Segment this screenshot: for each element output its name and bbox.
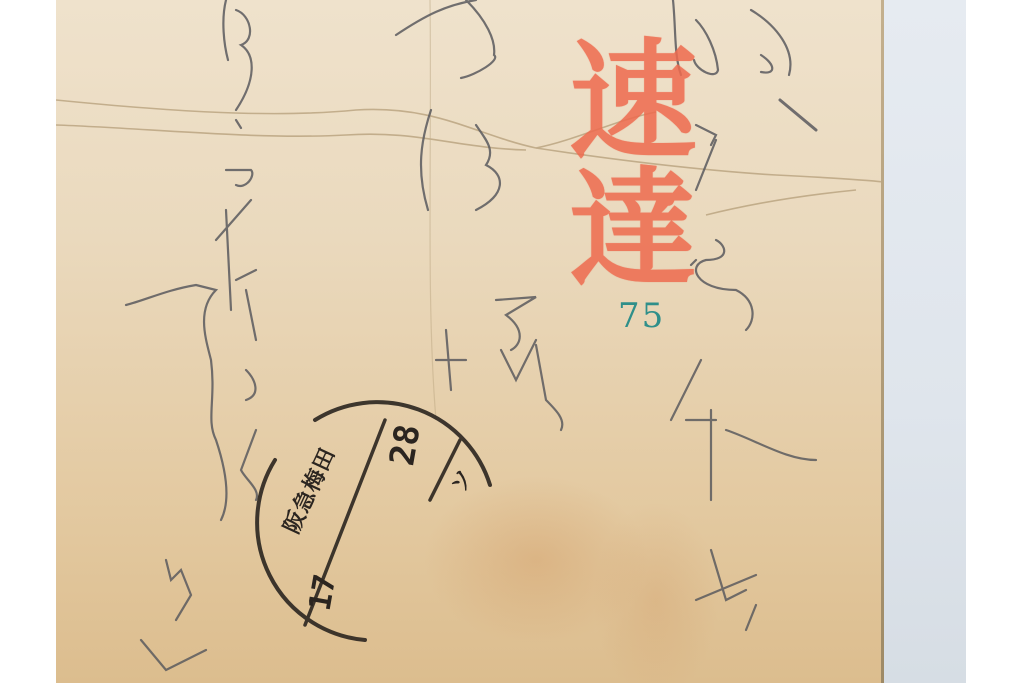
express-char-2: 達 xyxy=(569,166,697,294)
postmark-year: 17 xyxy=(303,572,344,614)
postmark: 阪急梅田 28 17 ソ xyxy=(245,395,495,645)
express-char-1: 速 xyxy=(569,38,697,166)
express-delivery-stamp: 速 達 xyxy=(558,38,708,294)
stamp-number: 75 xyxy=(618,296,665,336)
paper-creases xyxy=(56,0,884,420)
postmark-day: 28 xyxy=(382,421,429,468)
